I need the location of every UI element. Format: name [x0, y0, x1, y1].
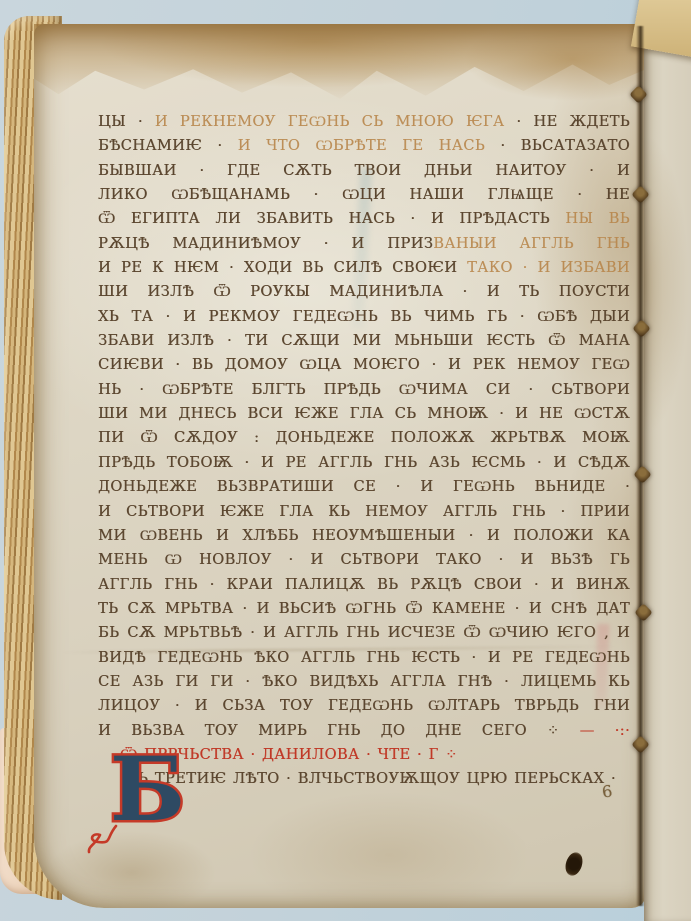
text-line: МИ ѠВЕНЬ И ХЛѢБЬ НЕОУМѢШЕНЫИ · И ПОЛОЖИ … [98, 524, 630, 548]
text-line: ПРѢДЬ ТОБОѬ · И РЕ АГГЛЬ ГНЬ АЗЬ ѤСМЬ · … [98, 451, 630, 475]
text-segment: ЦЫ · [98, 113, 155, 130]
text-segment: И ЧТО ѠБРѢТЕ ГЕ НАСЬ [238, 137, 485, 154]
text-line: ЛИКО ѠБѢЩАНАМЬ · ѠЦИ НАШИ ГЛѨЩЕ · НЕ [98, 183, 630, 207]
text-line: БЫВШАИ · ГДЕ СѪТЬ ТВОИ ДНЬИ НАИТОУ · И [98, 159, 630, 183]
initial-letter-glyph: Б [110, 738, 185, 841]
text-line: ЛИЦОУ · И СЬЗА ТОУ ГЕДЕѠНЬ ѠЛТАРЬ ТВРЬДЬ… [98, 694, 630, 718]
text-line: РѪЦѢ МАДИНИѢМОУ · И ПРИЗВАНЫИ АГГЛЬ ГНЬ [98, 232, 630, 256]
text-line: ЦЫ · И РЕКНЕМОУ ГЕѠНЬ СЬ МНОЮ ѤГА · НЕ Ж… [98, 110, 630, 134]
text-segment: · НЕ ЖДЕТЬ [504, 113, 630, 130]
text-segment: — ·:· [560, 722, 630, 739]
text-line: ПИ Ѿ СѪДОУ : ДОНЬДЕЖЕ ПОЛОЖѪ ЖРЬТВѪ МОѬ [98, 426, 630, 450]
text-segment: НЬ · ѠБРѢТЕ БЛГТЬ ПРѢДЬ ѠЧИМА СИ · СЬТВО… [98, 381, 630, 398]
text-line: ХЬ ТА · И РЕКМОУ ГЕДЕѠНЬ ВЬ ЧИМЬ ГЬ · ѠБ… [98, 305, 630, 329]
text-segment: ХЬ ТА · И РЕКМОУ ГЕДЕѠНЬ ВЬ ЧИМЬ ГЬ · ѠБ… [98, 308, 630, 325]
text-line: БЬ СѪ МРЬТВЬѢ · И АГГЛЬ ГНЬ ИСЧЕЗЕ Ѿ ѠЧИ… [98, 621, 630, 645]
text-line: Ѿ ЕГИПТА ЛИ ЗБАВИТЬ НАСЬ · И ПРѢДАСТЬ НЫ… [98, 207, 630, 231]
text-block: ЦЫ · И РЕКНЕМОУ ГЕѠНЬ СЬ МНОЮ ѤГА · НЕ Ж… [98, 110, 630, 792]
text-segment: ШИ ИЗЛѢ Ѿ РОУКЫ МАДИНИѢЛА · И ТЬ ПОУСТИ [98, 283, 630, 300]
text-line: СЕ АЗЬ ГИ ГИ · ѢКО ВИДѢХЬ АГГЛА ГНѢ · ЛИ… [98, 670, 630, 694]
text-segment: РѪЦѢ МАДИНИѢМОУ · И ПРИЗ [98, 235, 433, 252]
text-line: ШИ МИ ДНЕСЬ ВСИ ѤЖЕ ГЛА СЬ МНОѬ · И НЕ Ѡ… [98, 402, 630, 426]
text-segment: И СЬТВОРИ ѤЖЕ ГЛА КЬ НЕМОУ АГГЛЬ ГНЬ · П… [98, 503, 630, 520]
text-line: И РЕ К НѤМ · ХОДИ ВЬ СИЛѢ СВОѤИ ТАКО · И… [98, 256, 630, 280]
text-line: ВИДѢ ГЕДЕѠНЬ ѢКО АГГЛЬ ГНЬ ѤСТЬ · И РЕ Г… [98, 646, 630, 670]
text-segment: МЕНЬ Ѡ НОВЛОУ · И СЬТВОРИ ТАКО · И ВЬЗѢ … [98, 551, 630, 568]
text-line: АГГЛЬ ГНЬ · КРАИ ПАЛИЦѪ ВЬ РѪЦѢ СВОИ · И… [98, 573, 630, 597]
text-segment: ТАКО · И ИЗБАВИ [457, 259, 630, 276]
text-line: ШИ ИЗЛѢ Ѿ РОУКЫ МАДИНИѢЛА · И ТЬ ПОУСТИ [98, 280, 630, 304]
text-segment: СЕ АЗЬ ГИ ГИ · ѢКО ВИДѢХЬ АГГЛА ГНѢ · ЛИ… [98, 673, 630, 690]
text-segment: ВАНЫИ АГГЛЬ ГНЬ [433, 235, 630, 252]
text-line: НЬ · ѠБРѢТЕ БЛГТЬ ПРѢДЬ ѠЧИМА СИ · СЬТВО… [98, 378, 630, 402]
text-segment: БѢСНАМИѤ · [98, 137, 238, 154]
text-segment: АГГЛЬ ГНЬ · КРАИ ПАЛИЦѪ ВЬ РѪЦѢ СВОИ · И… [98, 576, 630, 593]
text-line: СИѤВИ · ВЬ ДОМОУ ѠЦА МОѤГО · И РЕК НЕМОУ… [98, 353, 630, 377]
text-line: ТЬ СѪ МРЬТВА · И ВЬСИѢ ѠГНЬ Ѿ КАМЕНЕ · И… [98, 597, 630, 621]
text-segment: · ВЬСАТАЗАТО [485, 137, 630, 154]
text-segment: БЬ СѪ МРЬТВЬѢ · И АГГЛЬ ГНЬ ИСЧЕЗЕ Ѿ ѠЧИ… [98, 624, 630, 641]
text-segment: ШИ МИ ДНЕСЬ ВСИ ѤЖЕ ГЛА СЬ МНОѬ · И НЕ Ѡ… [98, 405, 630, 422]
text-segment: ТЬ СѪ МРЬТВА · И ВЬСИѢ ѠГНЬ Ѿ КАМЕНЕ · И… [98, 600, 630, 617]
text-segment: ЛИЦОУ · И СЬЗА ТОУ ГЕДЕѠНЬ ѠЛТАРЬ ТВРЬДЬ… [98, 697, 630, 714]
text-line: МЕНЬ Ѡ НОВЛОУ · И СЬТВОРИ ТАКО · И ВЬЗѢ … [98, 548, 630, 572]
text-segment: И ВЬЗВА ТОУ МИРЬ ГНЬ ДО ДНЕ СЕГО ⁘ [98, 722, 560, 739]
text-segment: БЫВШАИ · ГДЕ СѪТЬ ТВОИ ДНЬИ НАИТОУ · И [98, 162, 630, 179]
text-segment: Ѿ ЕГИПТА ЛИ ЗБАВИТЬ НАСЬ · И ПРѢДАСТЬ [98, 210, 565, 227]
text-segment: ВИДѢ ГЕДЕѠНЬ ѢКО АГГЛЬ ГНЬ ѤСТЬ · И РЕ Г… [98, 649, 630, 666]
text-segment: ЛИКО ѠБѢЩАНАМЬ · ѠЦИ НАШИ ГЛѨЩЕ · НЕ [98, 186, 630, 203]
text-segment: И РЕКНЕМОУ ГЕѠНЬ СЬ МНОЮ ѤГА [155, 113, 505, 130]
text-segment: ЗБАВИ ИЗЛѢ · ТИ СѪЩИ МИ МЬНЬШИ ѤСТЬ Ѿ МА… [98, 332, 630, 349]
text-segment: ПИ Ѿ СѪДОУ : ДОНЬДЕЖЕ ПОЛОЖѪ ЖРЬТВѪ МОѬ [98, 429, 630, 446]
text-line: И СЬТВОРИ ѤЖЕ ГЛА КЬ НЕМОУ АГГЛЬ ГНЬ · П… [98, 500, 630, 524]
text-segment: И РЕ К НѤМ · ХОДИ ВЬ СИЛѢ СВОѤИ [98, 259, 457, 276]
text-segment: ПРѢДЬ ТОБОѬ · И РЕ АГГЛЬ ГНЬ АЗЬ ѤСМЬ · … [98, 454, 630, 471]
text-line: ЗБАВИ ИЗЛѢ · ТИ СѪЩИ МИ МЬНЬШИ ѤСТЬ Ѿ МА… [98, 329, 630, 353]
text-segment: МИ ѠВЕНЬ И ХЛѢБЬ НЕОУМѢШЕНЫИ · И ПОЛОЖИ … [98, 527, 630, 544]
facing-page-sliver [644, 12, 691, 921]
text-line: БѢСНАМИѤ · И ЧТО ѠБРѢТЕ ГЕ НАСЬ · ВЬСАТА… [98, 134, 630, 158]
text-segment: ДОНЬДЕЖЕ ВЬЗВРАТИШИ СЕ · И ГЕѠНЬ ВЬНИДЕ … [98, 478, 630, 495]
text-line: ДОНЬДЕЖЕ ВЬЗВРАТИШИ СЕ · И ГЕѠНЬ ВЬНИДЕ … [98, 475, 630, 499]
text-segment: НЫ ВЬ [565, 210, 630, 227]
text-segment: СИѤВИ · ВЬ ДОМОУ ѠЦА МОѤГО · И РЕК НЕМОУ… [98, 356, 630, 373]
ornamental-initial: Б [86, 738, 216, 858]
